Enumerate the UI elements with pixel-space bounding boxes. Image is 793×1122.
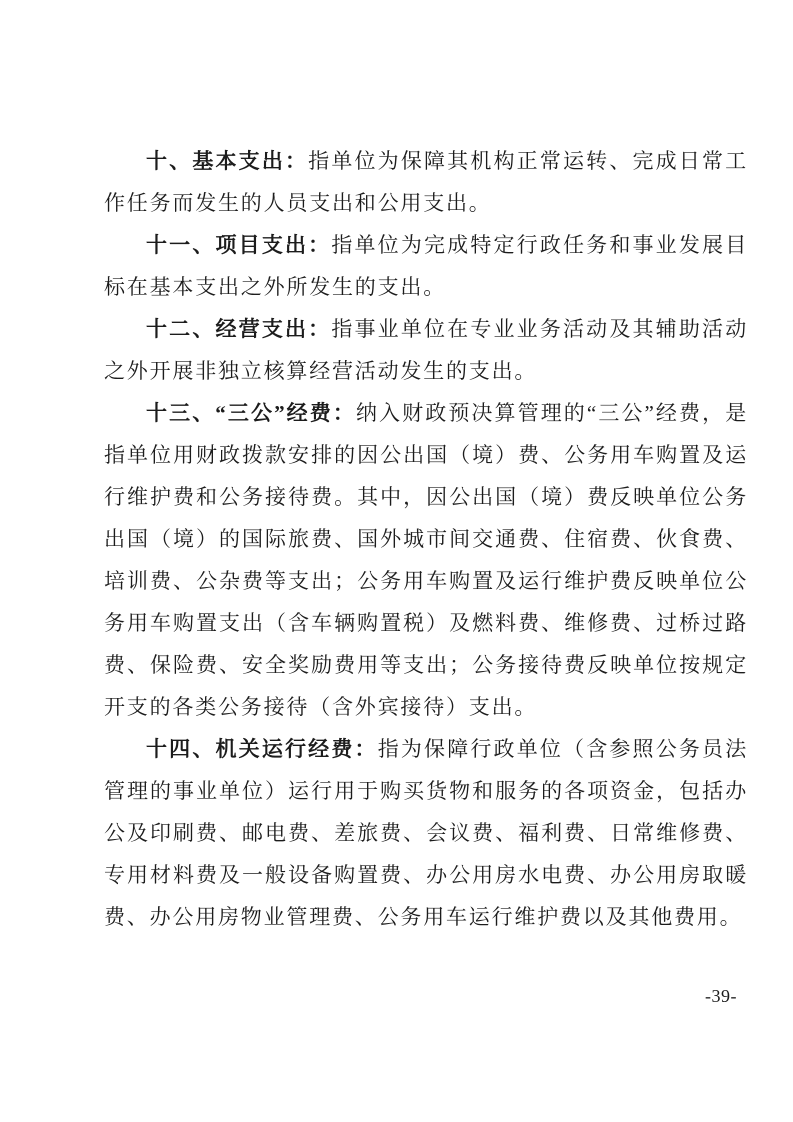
paragraph-heading: 十四、机关运行经费： [146,737,378,761]
paragraph-project-expenditure: 十一、项目支出：指单位为完成特定行政任务和事业发展目标在基本支出之外所发生的支出… [104,224,748,308]
paragraph-heading: 十、基本支出： [146,149,308,173]
paragraph-agency-operating-funds: 十四、机关运行经费：指为保障行政单位（含参照公务员法管理的事业单位）运行用于购买… [104,728,748,938]
paragraph-heading: 十一、项目支出： [146,233,331,257]
paragraph-heading: 十二、经营支出： [146,317,331,341]
paragraph-heading: 十三、“三公”经费： [146,401,356,425]
document-body: 十、基本支出：指单位为保障其机构正常运转、完成日常工作任务而发生的人员支出和公用… [104,140,748,938]
document-page: 十、基本支出：指单位为保障其机构正常运转、完成日常工作任务而发生的人员支出和公用… [0,0,793,1122]
paragraph-basic-expenditure: 十、基本支出：指单位为保障其机构正常运转、完成日常工作任务而发生的人员支出和公用… [104,140,748,224]
paragraph-three-public-funds: 十三、“三公”经费：纳入财政预决算管理的“三公”经费，是指单位用财政拨款安排的因… [104,392,748,728]
paragraph-text: 指为保障行政单位（含参照公务员法管理的事业单位）运行用于购买货物和服务的各项资金… [104,737,748,929]
paragraph-operating-expenditure: 十二、经营支出：指事业单位在专业业务活动及其辅助活动之外开展非独立核算经营活动发… [104,308,748,392]
paragraph-text: 纳入财政预决算管理的“三公”经费，是指单位用财政拨款安排的因公出国（境）费、公务… [104,401,748,719]
page-number: -39- [705,986,737,1007]
